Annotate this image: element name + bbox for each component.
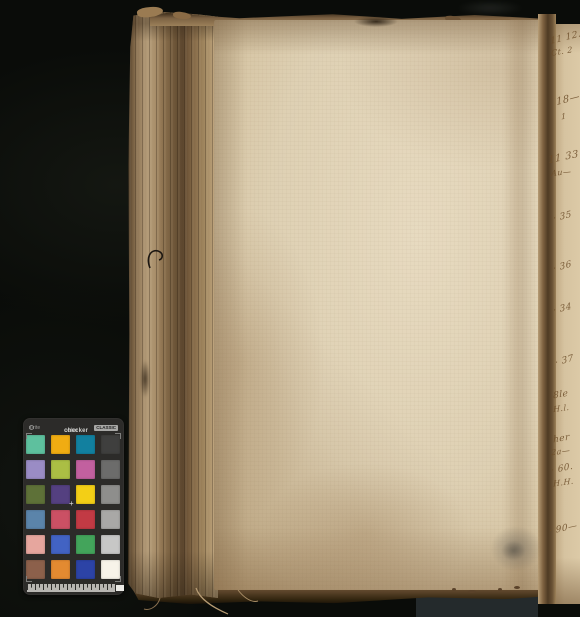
card-header: x-rite colorchecker CLASSIC	[29, 422, 118, 433]
color-patch-neutral-5	[101, 485, 120, 504]
archival-photograph: 11 12.Ct. 218—111 33Au—· 35· 36· 34· 378…	[0, 0, 580, 617]
color-patch-neutral-6-5	[101, 510, 120, 529]
dust-wisp	[455, 0, 525, 16]
colorchecker-card: x-rite colorchecker CLASSIC +	[23, 418, 124, 595]
color-patch-blue	[76, 560, 95, 579]
edge-speck	[514, 586, 520, 589]
registration-corner-mark	[115, 576, 121, 582]
center-crosshair-mark: +	[69, 500, 74, 508]
color-patch-purplish-blue	[51, 535, 70, 554]
edge-speck	[498, 588, 502, 591]
color-patch-blue-flower	[26, 460, 45, 479]
brand-label: x-rite	[29, 425, 40, 431]
color-patch-purple	[51, 485, 70, 504]
mold-stain	[491, 526, 541, 571]
registration-corner-mark	[115, 433, 121, 439]
ink-smudge	[140, 360, 150, 398]
top-edge-dark-spot	[354, 16, 398, 27]
color-patch-red	[76, 510, 95, 529]
ruler-end-cap	[116, 585, 124, 591]
blank-manuscript-page	[214, 20, 544, 590]
book-left-page-edges	[128, 12, 218, 598]
color-patch-green	[76, 535, 95, 554]
ruler-scale	[27, 584, 115, 592]
color-patch-orange	[51, 560, 70, 579]
page-gutter-shadow	[538, 14, 556, 604]
color-patch-cyan	[76, 435, 95, 454]
next-page-sliver	[556, 24, 580, 604]
color-patch-neutral-3-5	[101, 460, 120, 479]
page-fold-crease	[502, 20, 536, 590]
color-patch-magenta	[76, 460, 95, 479]
color-patch-blue-sky	[26, 510, 45, 529]
color-patch-foliage	[26, 485, 45, 504]
registration-corner-mark	[26, 576, 32, 582]
edge-speck	[468, 590, 476, 593]
edge-speck	[452, 588, 456, 591]
color-patch-light-skin	[26, 535, 45, 554]
xrite-brand: x-rite	[29, 425, 34, 430]
color-patch-neutral-8	[101, 535, 120, 554]
classic-badge: CLASSIC	[94, 425, 118, 431]
registration-corner-mark	[26, 433, 32, 439]
color-patch-yellow	[76, 485, 95, 504]
color-patch-yellow-green	[51, 460, 70, 479]
color-patch-moderate-red	[51, 510, 70, 529]
color-patch-orange-yellow	[51, 435, 70, 454]
